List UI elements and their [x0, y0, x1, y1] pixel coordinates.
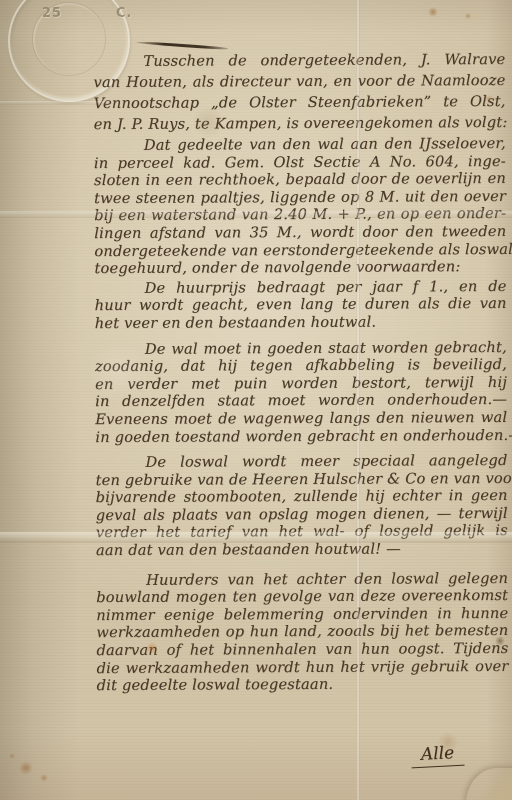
text-line: Eveneens moet de wagenweg langs den nieu…: [95, 409, 507, 429]
text-line: De loswal wordt meer speciaal aangelegd: [95, 452, 507, 472]
text-line: sloten in een rechthoek, bepaald door de…: [94, 170, 506, 190]
text-line: van Houten, als directeur van, en voor d…: [93, 70, 505, 93]
text-line: ten gebruike van de Heeren Hulscher & Co…: [96, 470, 508, 490]
text-line: lingen afstand van 35 M., wordt door den…: [94, 223, 506, 243]
paragraph-maintenance: De wal moet in goeden staat worden gebra…: [95, 338, 508, 446]
text-line: Dat gedeelte van den wal aan den IJsselo…: [94, 135, 506, 155]
text-line: aan dat van den bestaanden houtwal! —: [96, 540, 508, 560]
text-line: verder het tarief van het wal- of losgel…: [96, 522, 508, 542]
text-line: zoodanig, dat hij tegen afkabbeling is b…: [95, 356, 507, 376]
text-line: nimmer eenige belemmering ondervinden in…: [96, 605, 508, 625]
text-line: daarvan of het binnenhalen van hun oogst…: [96, 640, 508, 660]
text-line: het veer en den bestaanden houtwal.: [95, 313, 507, 333]
torn-corner: [466, 768, 512, 800]
text-line: bouwland mogen ten gevolge van deze over…: [96, 587, 508, 607]
text-line: toegehuurd, onder de navolgende voorwaar…: [94, 258, 506, 278]
text-line: De wal moet in goeden staat worden gebra…: [95, 338, 507, 358]
text-line: ondergeteekende van eerstondergeteekende…: [94, 240, 506, 260]
paragraph-quay-usage: De loswal wordt meer speciaal aangelegd …: [95, 452, 508, 560]
text-line: huur wordt geacht, even lang te duren al…: [95, 295, 507, 315]
manuscript-page: 25 C. Tusschen de ondergeteekenden, J. W…: [0, 0, 512, 800]
text-line: twee steenen paaltjes, liggende op 8 M. …: [94, 188, 506, 208]
text-line: in denzelfden staat moet worden onderhou…: [95, 391, 507, 411]
paragraph-parties: Tusschen de ondergeteekenden, J. Walrave…: [93, 49, 505, 135]
text-line: en verder met puin worden bestort, terwi…: [95, 374, 507, 394]
text-line: De huurprijs bedraagt per jaar f 1., en …: [95, 278, 507, 298]
paragraph-rent-price: De huurprijs bedraagt per jaar f 1., en …: [95, 278, 507, 333]
text-line: Vennootschap „de Olster Steenfabrieken” …: [94, 91, 506, 114]
text-line: Huurders van het achter den loswal geleg…: [96, 570, 508, 590]
text-line: die werkzaamheden wordt hun het vrije ge…: [97, 658, 509, 678]
pen-flourish-stroke: [136, 41, 228, 50]
text-line: bij een waterstand van 2.40 M. + P., en …: [94, 205, 506, 225]
text-line: geval als plaats van opslag mogen dienen…: [96, 505, 508, 525]
text-line: bijvarende stoombooten, zullende hij ech…: [96, 487, 508, 507]
handwritten-text: Tusschen de ondergeteekenden, J. Walrave…: [93, 49, 508, 695]
text-line: werkzaamheden op hun land, zooals bij he…: [96, 622, 508, 642]
text-line: dit gedeelte loswal toegestaan.: [97, 675, 509, 695]
catchword: Alle: [410, 743, 464, 769]
stamp-currency-label: C.: [116, 6, 132, 21]
text-line: Tusschen de ondergeteekenden, J. Walrave: [93, 49, 505, 72]
text-line: en J. P. Ruys, te Kampen, is overeengeko…: [94, 112, 506, 135]
paragraph-farmland-tenants: Huurders van het achter den loswal geleg…: [96, 570, 509, 695]
text-line: in goeden toestand worden gebracht en on…: [95, 426, 507, 446]
text-line: in perceel kad. Gem. Olst Sectie A No. 6…: [94, 153, 506, 173]
paragraph-parcel-description: Dat gedeelte van den wal aan den IJsselo…: [94, 135, 507, 278]
stamp-value: 25: [42, 6, 62, 21]
